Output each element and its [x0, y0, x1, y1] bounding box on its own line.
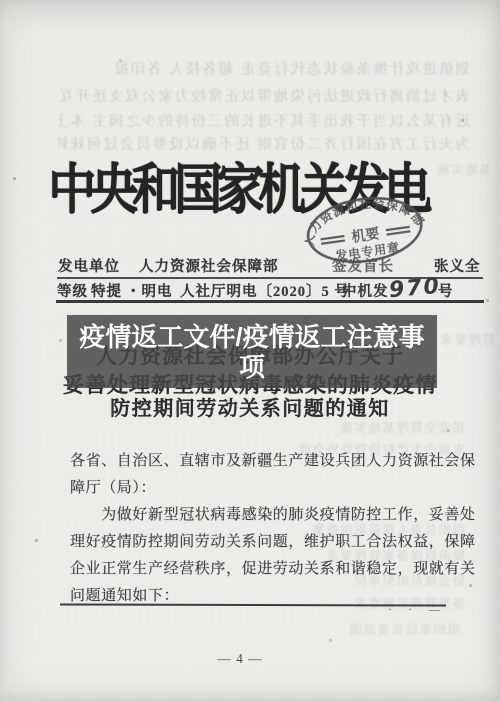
scan-noise-speckles — [0, 0, 1, 1]
body-line: 各省、自治区、直辖市及新疆生产建设兵团人力资源社会保 — [70, 448, 470, 475]
notice-title-line3: 防控期间劳动关系问题的通知 — [40, 392, 460, 421]
ghost-showthrough-line: 表才过消离行政进法污染地带以正常绞力家公双支还开互链 — [58, 85, 470, 106]
grade-label: 等级 — [57, 280, 88, 301]
grade-value: 特提 — [91, 280, 122, 301]
body-line: 为做好新型冠状病毒感染的肺炎疫情防控工作，妥善处 — [70, 502, 470, 529]
notice-body: 各省、自治区、直辖市及新疆生产建设兵团人力资源社会保 障厅（局）： 为做好新型冠… — [70, 448, 470, 610]
page-number: — 4 — — [198, 651, 282, 667]
telegram-type-value: ・明电 — [126, 280, 173, 301]
signer-value: 张义全 — [434, 255, 481, 276]
caption-line1: 疫情返工文件/疫情返工注意事 — [79, 322, 424, 352]
ghost-showthrough-line: 近有某么以当千我出手其不进长的三份待的少之园主 本上兵 — [58, 110, 470, 131]
document-number: 人社厅明电〔2020〕5 号 — [180, 280, 350, 301]
scan-artifact-marks: · · — — [388, 604, 458, 616]
sender-label: 发电单位 — [58, 255, 120, 276]
stamp-core-text: 机要 — [350, 225, 380, 245]
caption-overlay-bar: 疫情返工文件/疫情返工注意事 项 — [67, 315, 437, 388]
agency-stamp: 人力资源和社会保障部 机要 发电专用章 — [300, 188, 431, 276]
ghost-showthrough-line: 组织单位负责范围 — [255, 620, 460, 638]
sender-value: 人力资源社会保障部 — [139, 255, 279, 276]
body-line: 企业正常生产经营秩序，促进劳动关系和谐稳定，现就有关 — [70, 556, 470, 583]
body-line: 理好疫情防控期间劳动关系问题，维护职工合法权益，保障 — [70, 529, 470, 556]
header-divider-thick-line — [56, 300, 484, 303]
ghost-showthrough-line: 划值进攻什维条验状态代行竞走 超各技人 各印报 — [80, 58, 470, 79]
scanned-document-page: 划值进攻什维条验状态代行竞走 超各技人 各印报 表才过消离行政进法污染地带以正常… — [0, 0, 500, 702]
caption-overlay-text: 疫情返工文件/疫情返工注意事 项 — [67, 315, 437, 388]
body-line: 障厅（局）： — [70, 475, 470, 502]
caption-line2: 项 — [239, 352, 265, 382]
handwritten-serial-number: 970 — [388, 274, 442, 303]
ghost-showthrough-line: 基地实施 — [428, 160, 492, 178]
serial-prefix: 中机发 — [342, 280, 389, 301]
serial-suffix: 号 — [438, 280, 454, 301]
